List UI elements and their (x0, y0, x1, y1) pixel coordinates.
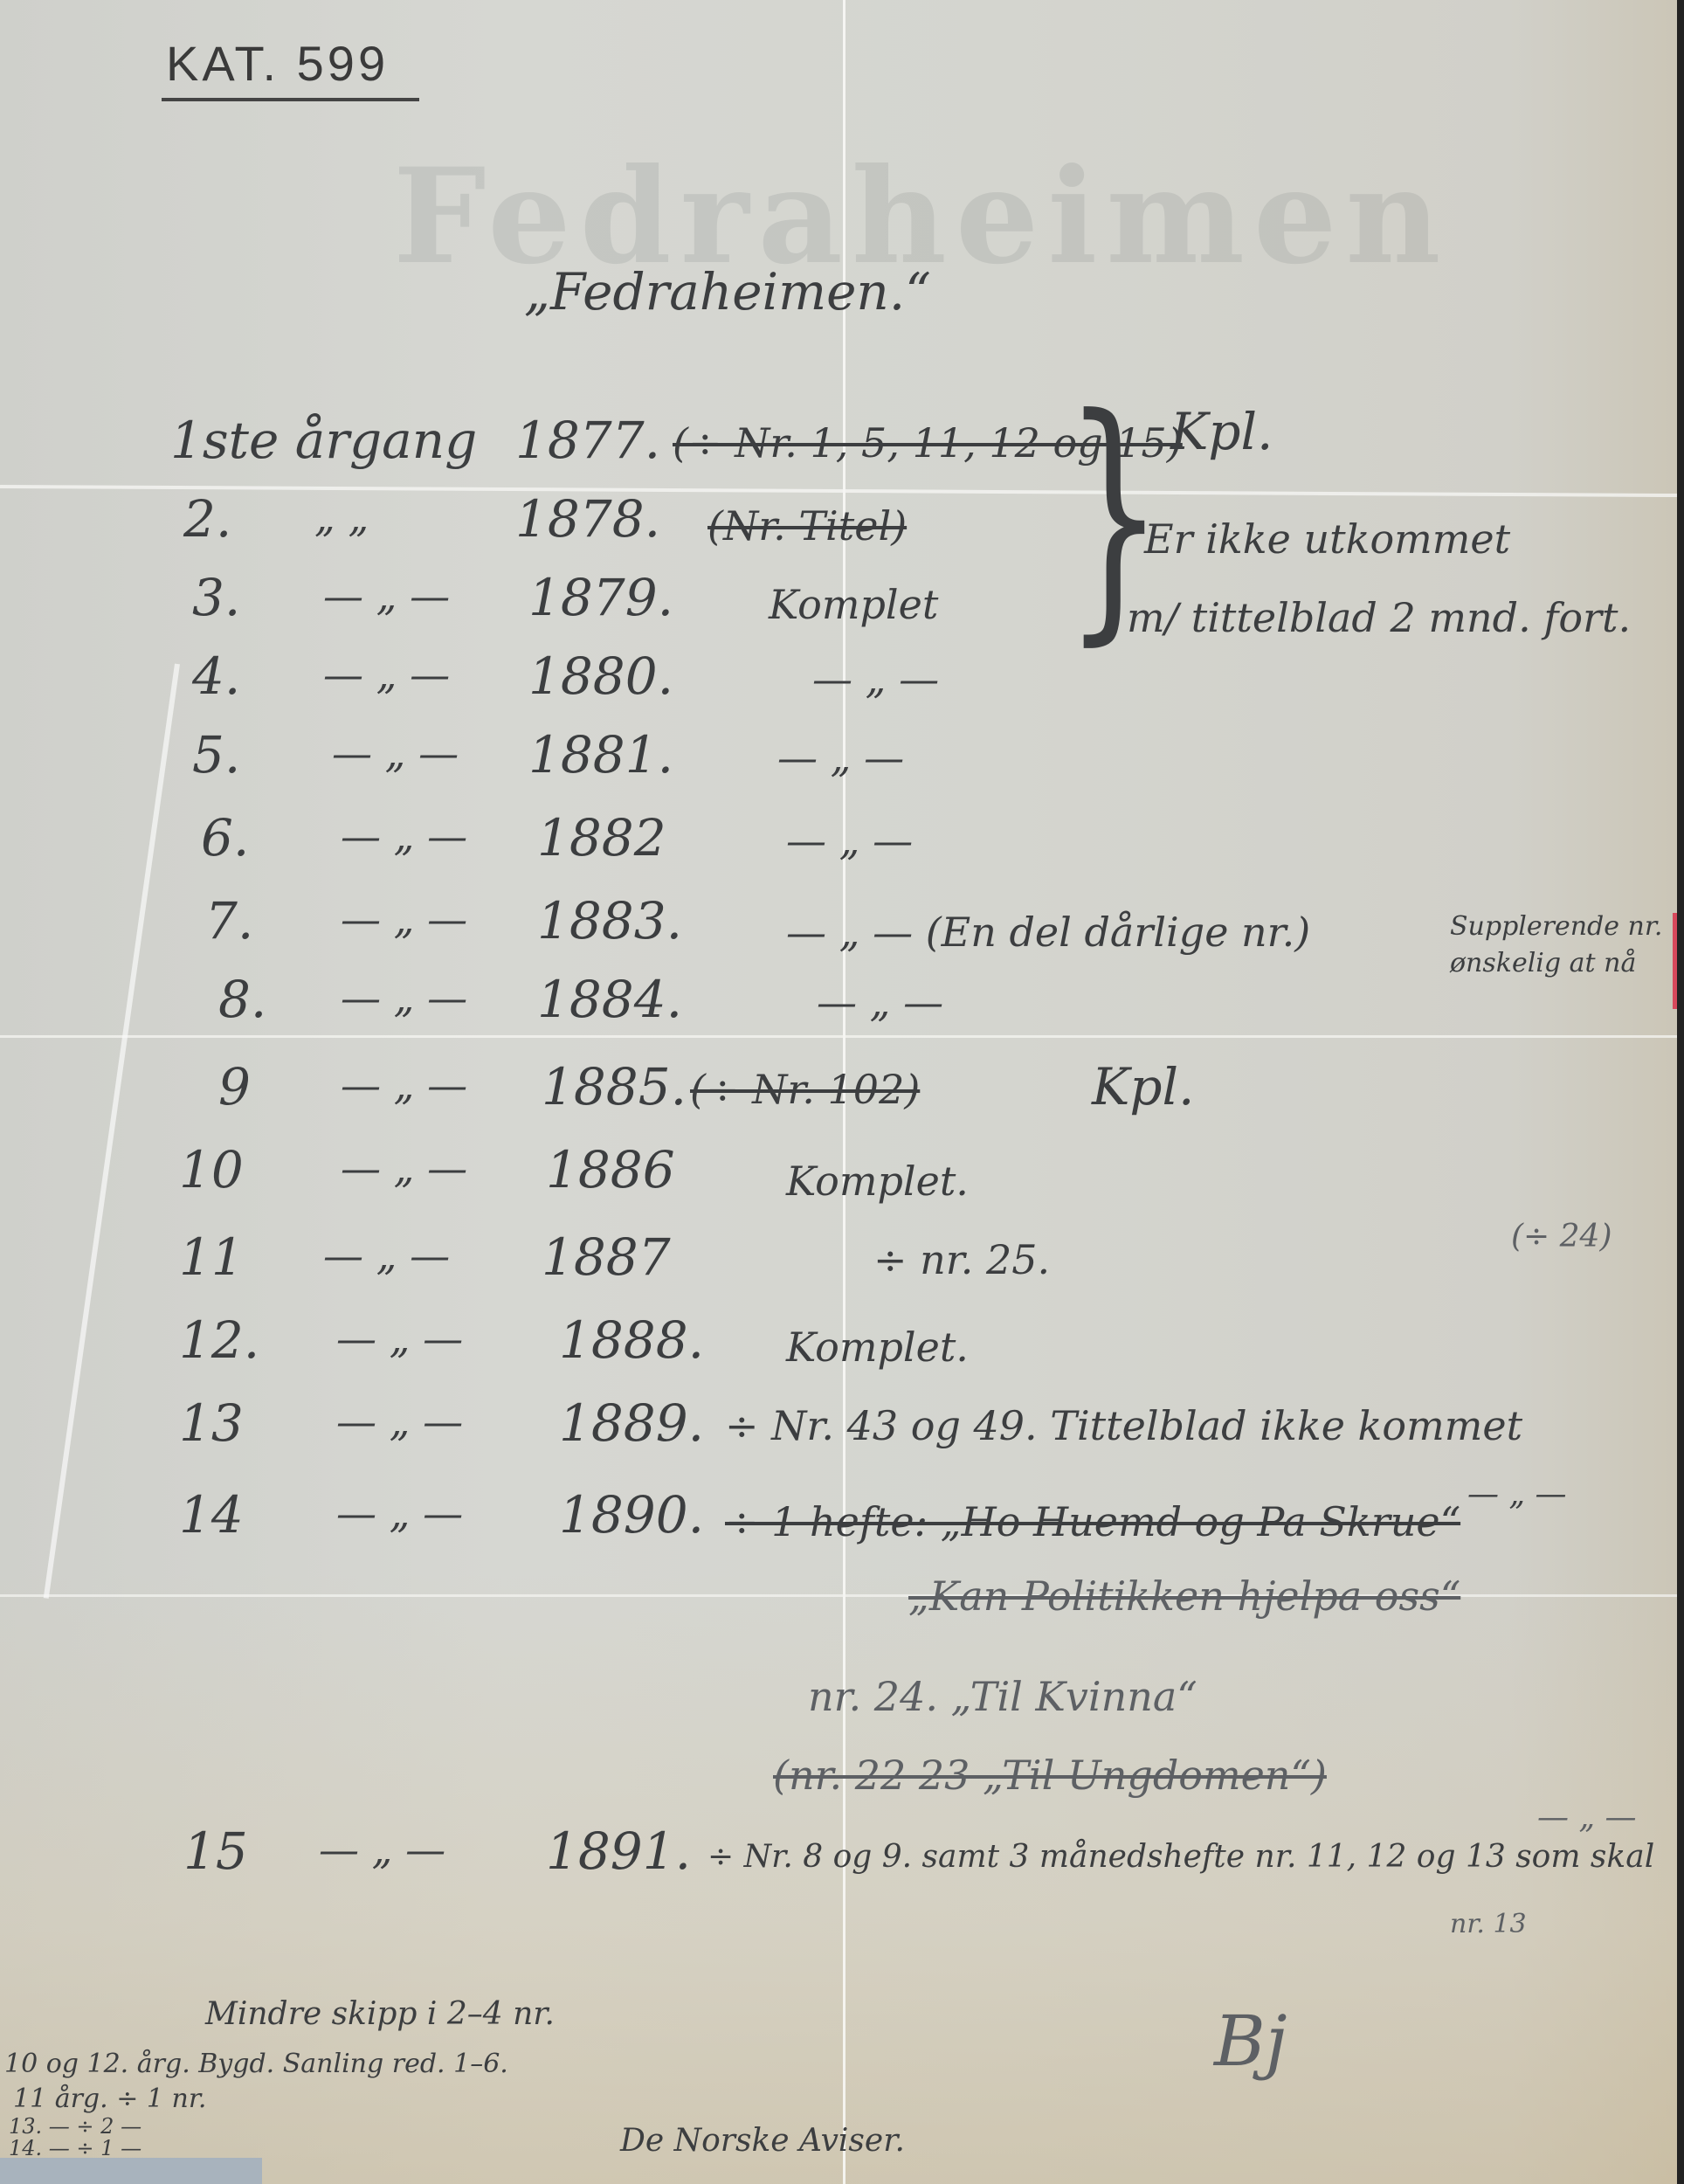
footer-line: 10 og 12. årg. Bygd. Sanling red. 1–6. (4, 2049, 508, 2079)
entry-year: 1885. (542, 1057, 687, 1116)
entry-number: 6. (201, 808, 249, 867)
entry-number: 8. (218, 970, 266, 1029)
entry-side-below: nr. 13 (1450, 1909, 1527, 1939)
entry-note: — „ — (777, 734, 904, 781)
entry-ditto: — „ — (336, 1398, 463, 1445)
entry-year: 1880. (528, 646, 673, 706)
entry-side-note: Supplerende nr. ønskelig at nå (1450, 909, 1668, 982)
entry-ditto: — „ — (323, 572, 450, 619)
entry-note: ÷ Nr. 43 og 49. Tittelblad ikke kommet (725, 1402, 1522, 1449)
tape-strip (0, 2158, 262, 2184)
entry-year: 1886 (546, 1140, 675, 1199)
entry-year: 1878. (515, 489, 660, 549)
entry-ditto: — „ — (336, 1315, 463, 1362)
entry-ditto: — „ — (336, 1489, 463, 1537)
entry-ditto: „ „ (314, 494, 369, 541)
entry-ditto: — „ — (341, 974, 467, 1021)
entry-year: 1890. (559, 1485, 704, 1545)
catalog-underline (162, 98, 419, 101)
entry-ditto-right: — „ — (1537, 1800, 1637, 1835)
entry-number: 12. (179, 1310, 259, 1370)
entry-note: — „ — (817, 978, 943, 1026)
extra-line: „Kan Politikken hjelpa oss“ (908, 1572, 1460, 1620)
entry-note: ÷ 1 hefte: „Ho Huemd og Pa Skrue“ (725, 1498, 1460, 1545)
entry-year: 1891. (546, 1821, 691, 1881)
entry-note: (÷ Nr. 102) (690, 1066, 920, 1113)
entry-note: ÷ Nr. 8 og 9. samt 3 månedshefte nr. 11,… (707, 1839, 1654, 1875)
document-page: Fedraheimen KAT. 599 „Fedraheimen.“ 1ste… (0, 0, 1677, 2184)
entry-side-note: Kpl. (1170, 402, 1273, 461)
entry-number: 10 (179, 1140, 244, 1199)
entry-number: 13 (179, 1393, 244, 1453)
entry-number: 4. (192, 646, 240, 706)
entry-ditto: — „ — (341, 1061, 467, 1109)
entry-ditto: — „ — (323, 1232, 450, 1279)
entry-ditto-right: — „ — (1467, 1476, 1567, 1512)
entry-side-note: (÷ 24) (1511, 1219, 1612, 1254)
footer-line: 14. — ÷ 1 — (9, 2136, 141, 2160)
bracket-note-line2: m/ tittelblad 2 mnd. fort. (1127, 594, 1631, 641)
entry-note: Komplet. (786, 1158, 969, 1205)
horizontal-fold (0, 485, 1677, 497)
entry-ditto: — „ — (341, 895, 467, 943)
entry-number: 14 (179, 1485, 244, 1545)
entry-note: — „ — (En del dårlige nr.) (786, 909, 1310, 956)
entry-side-note: Kpl. (1092, 1057, 1194, 1116)
entry-note: ÷ nr. 25. (873, 1236, 1050, 1283)
entry-number: 15 (183, 1821, 248, 1881)
entry-ditto: — „ — (332, 729, 459, 777)
entry-number: 11 (179, 1227, 244, 1287)
entry-year: 1887 (542, 1227, 671, 1287)
entry-year: 1882 (537, 808, 666, 867)
footer-bottom-line: De Norske Aviser. (620, 2123, 905, 2159)
entry-year: 1888. (559, 1310, 704, 1370)
entry-year: 1883. (537, 891, 682, 950)
extra-line: (nr. 22 23 „Til Ungdomen“) (773, 1752, 1327, 1799)
entry-year: 1889. (559, 1393, 704, 1453)
footer-heading: Mindre skipp i 2–4 nr. (205, 1996, 555, 2032)
entry-year: 1881. (528, 725, 673, 784)
entry-note: — „ — (812, 655, 939, 702)
entry-year: 1884. (537, 970, 682, 1029)
entry-year: 1877. (515, 411, 660, 470)
catalog-label: KAT. 599 (166, 35, 389, 92)
page-edge-shadow (1677, 0, 1684, 2184)
entry-number: 9 (218, 1057, 251, 1116)
entry-ditto: — „ — (323, 651, 450, 698)
footer-line: 11 årg. ÷ 1 nr. (13, 2084, 206, 2114)
initials-signature: Bj (1214, 2001, 1287, 2082)
entry-ditto: — „ — (341, 1144, 467, 1192)
horizontal-fold (0, 1035, 1677, 1038)
entry-number: 3. (192, 568, 240, 627)
entry-number: 1ste årgang (170, 411, 477, 470)
entry-ditto: — „ — (341, 812, 467, 860)
entry-year: 1879. (528, 568, 673, 627)
footer-line: 13. — ÷ 2 — (9, 2114, 141, 2139)
entry-number: 2. (183, 489, 231, 549)
extra-line: nr. 24. „Til Kvinna“ (808, 1673, 1197, 1720)
document-title: „Fedraheimen.“ (524, 262, 931, 321)
paper-crease (44, 664, 180, 1599)
bracket-note-line1: Er ikke utkommet (1144, 515, 1510, 563)
entry-note: — „ — (786, 817, 913, 864)
entry-ditto: — „ — (319, 1826, 445, 1873)
entry-note: (Nr. Titel) (707, 502, 907, 549)
entry-number: 7. (205, 891, 253, 950)
entry-number: 5. (192, 725, 240, 784)
entry-note: Komplet. (786, 1324, 969, 1371)
entry-note: Komplet (769, 581, 938, 628)
